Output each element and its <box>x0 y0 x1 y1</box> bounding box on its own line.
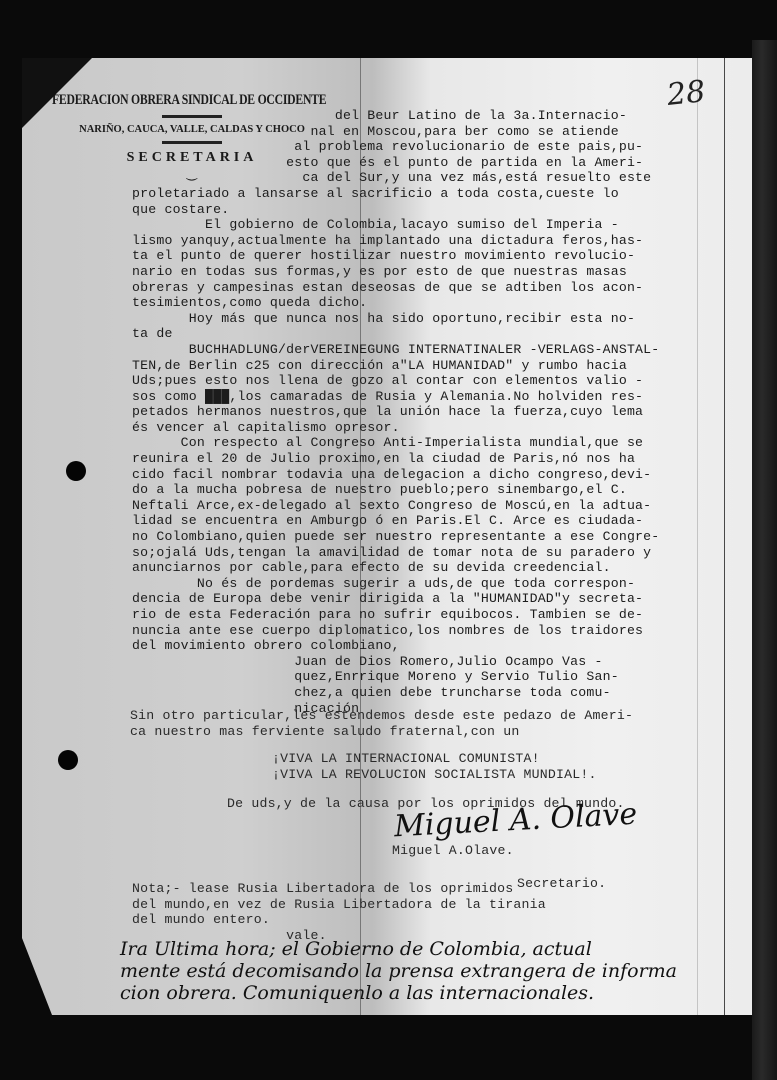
text-line: Con respecto al Congreso Anti-Imperialis… <box>132 435 659 451</box>
text-line: esto que és el punto de partida en la Am… <box>132 155 659 171</box>
text-line: nario en todas sus formas,y es por esto … <box>132 264 659 280</box>
text-line: BUCHHADLUNG/derVEREINEGUNG INTERNATINALE… <box>132 342 659 358</box>
text-line: dencia de Europa debe venir dirigida a l… <box>132 591 659 607</box>
text-line: anunciarnos por cable,para efecto de su … <box>132 560 659 576</box>
text-line: quez,Enrrique Moreno y Servio Tulio San- <box>132 669 659 685</box>
text-line: Juan de Dios Romero,Julio Ocampo Vas - <box>132 654 659 670</box>
text-line: del mundo entero. <box>132 912 546 928</box>
closing-paragraph: Sin otro particular,les estendemos desde… <box>130 708 633 739</box>
handwritten-postscript: Ira Ultima hora; el Gobierno de Colombia… <box>120 938 677 1004</box>
slogans: ¡VIVA LA INTERNACIONAL COMUNISTA!¡VIVA L… <box>272 751 597 782</box>
text-line: lismo yanquy,actualmente ha implantado u… <box>132 233 659 249</box>
text-line: ¡VIVA LA INTERNACIONAL COMUNISTA! <box>272 751 597 767</box>
text-line: cion obrera. Comuniquenlo a las internac… <box>120 982 677 1004</box>
folio-number: 28 <box>665 74 707 113</box>
text-line: Ira Ultima hora; el Gobierno de Colombia… <box>120 938 677 960</box>
text-line: del movimiento obrero colombiano, <box>132 638 659 654</box>
text-line: nuncia ante ese cuerpo diplomatico,los n… <box>132 623 659 639</box>
punch-hole <box>58 750 78 770</box>
punch-hole <box>66 461 86 481</box>
text-line: al problema revolucionario de este pais,… <box>132 139 659 155</box>
text-line: reunira el 20 de Julio proximo,en la ciu… <box>132 451 659 467</box>
text-line: ca del Sur,y una vez más,está resuelto e… <box>132 170 659 186</box>
text-line: do a la mucha pobresa de nuestro pueblo;… <box>132 482 659 498</box>
text-line: chez,a quien debe truncharse toda comu- <box>132 685 659 701</box>
text-line: TEN,de Berlin c25 con dirección a"LA HUM… <box>132 358 659 374</box>
letterhead-organization: FEDERACION OBRERA SINDICAL DE OCCIDENTE <box>52 92 263 109</box>
text-line: mente está decomisando la prensa extrang… <box>120 960 677 982</box>
text-line: Neftali Arce,ex-delegado al sexto Congre… <box>132 498 659 514</box>
text-line: Nota;- lease Rusia Libertadora de los op… <box>132 881 546 897</box>
text-line: ca nuestro mas ferviente saludo fraterna… <box>130 724 633 740</box>
text-line: Uds;pues esto nos llena de gozo al conta… <box>132 373 659 389</box>
text-line: que costare. <box>132 202 659 218</box>
text-line: és vencer al capitalismo opresor. <box>132 420 659 436</box>
text-line: rio de esta Federación para no sufrir eq… <box>132 607 659 623</box>
letter-body: del Beur Latino de la 3a.Internacio- nal… <box>132 108 659 716</box>
text-line: ¡VIVA LA REVOLUCION SOCIALISTA MUNDIAL!. <box>272 767 597 783</box>
scan-line <box>724 58 725 1015</box>
letter-page: 28 FEDERACION OBRERA SINDICAL DE OCCIDEN… <box>22 58 752 1015</box>
note: Nota;- lease Rusia Libertadora de los op… <box>132 881 546 943</box>
text-line: lidad se encuentra en Amburgo ó en Paris… <box>132 513 659 529</box>
scanner-edge <box>752 40 777 1080</box>
text-line: Sin otro particular,les estendemos desde… <box>130 708 633 724</box>
text-line: nal en Moscou,para ber como se atiende <box>132 124 659 140</box>
text-line: sos como ███,los camaradas de Rusia y Al… <box>132 389 659 405</box>
scan-line <box>697 58 698 1015</box>
text-line: proletariado a lansarse al sacrificio a … <box>132 186 659 202</box>
text-line: so;ojalá Uds,tengan la amavilidad de tom… <box>132 545 659 561</box>
text-line: tesimientos,como queda dicho. <box>132 295 659 311</box>
text-line: Hoy más que nunca nos ha sido oportuno,r… <box>132 311 659 327</box>
text-line: cido facil nombrar todavia una delegacio… <box>132 467 659 483</box>
text-line: del Beur Latino de la 3a.Internacio- <box>132 108 659 124</box>
text-line: ta el punto de querer hostilizar nuestro… <box>132 248 659 264</box>
text-line: no Colombiano,quien puede ser nuestro re… <box>132 529 659 545</box>
text-line: ta de <box>132 326 659 342</box>
text-line: El gobierno de Colombia,lacayo sumiso de… <box>132 217 659 233</box>
typed-signature: Miguel A.Olave. <box>392 843 514 859</box>
text-line: del mundo,en vez de Rusia Libertadora de… <box>132 897 546 913</box>
text-line: petados hermanos nuestros,que la unión h… <box>132 404 659 420</box>
text-line: obreras y campesinas estan deseosas de q… <box>132 280 659 296</box>
text-line: No és de pordemas sugerir a uds,de que t… <box>132 576 659 592</box>
